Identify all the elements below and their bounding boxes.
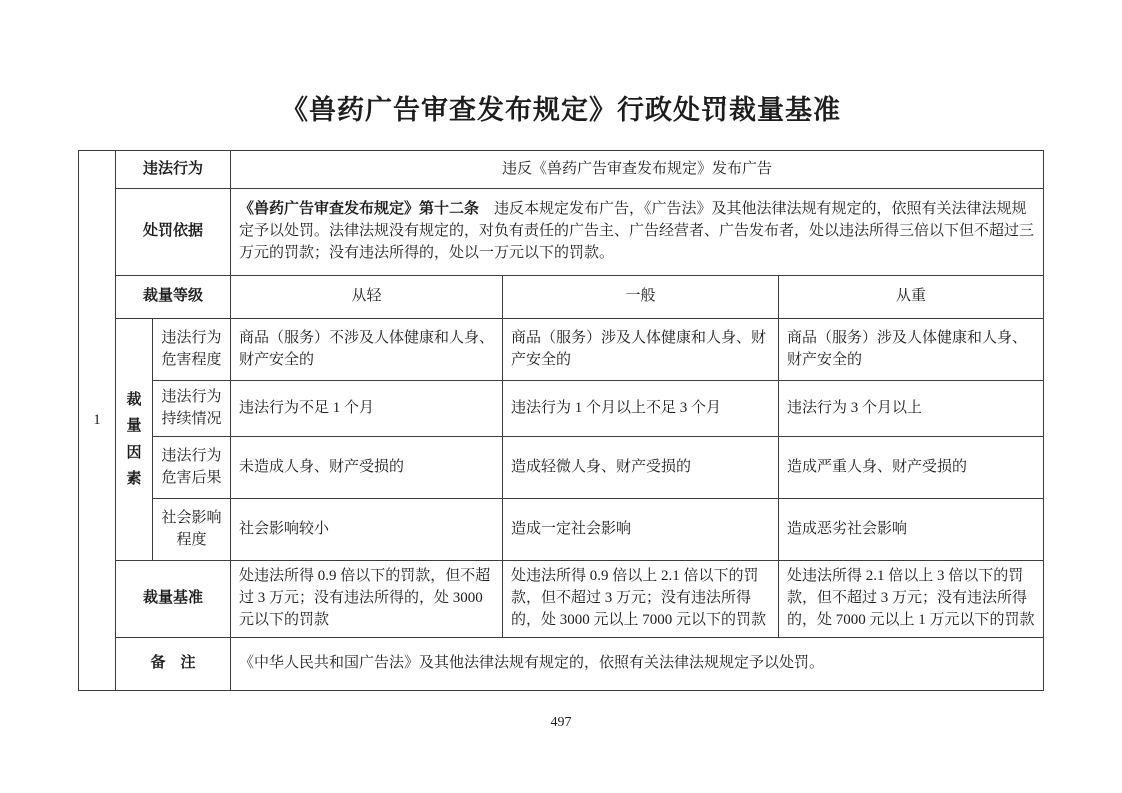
discretion-factors-label: 裁量因素 bbox=[116, 319, 153, 561]
illegal-act-value: 违反《兽药广告审查发布规定》发布广告 bbox=[231, 151, 1044, 189]
factor-harm-degree-general: 商品（服务）涉及人体健康和人身、财产安全的 bbox=[503, 319, 779, 381]
discretion-factors-vertical-text: 裁量因素 bbox=[126, 387, 143, 492]
table-row: 裁量因素 违法行为危害程度 商品（服务）不涉及人体健康和人身、财产安全的 商品（… bbox=[79, 319, 1044, 381]
factor-consequence-heavy: 造成严重人身、财产受损的 bbox=[779, 437, 1044, 499]
table-row: 违法行为危害后果 未造成人身、财产受损的 造成轻微人身、财产受损的 造成严重人身… bbox=[79, 437, 1044, 499]
illegal-act-label: 违法行为 bbox=[116, 151, 231, 189]
factor-consequence-light: 未造成人身、财产受损的 bbox=[231, 437, 503, 499]
factor-social-impact-general: 造成一定社会影响 bbox=[503, 499, 779, 561]
penalty-discretion-table: 1 违法行为 违反《兽药广告审查发布规定》发布广告 处罚依据 《兽药广告审查发布… bbox=[78, 150, 1044, 691]
table-row: 裁量等级 从轻 一般 从重 bbox=[79, 276, 1044, 319]
table-row: 1 违法行为 违反《兽药广告审查发布规定》发布广告 bbox=[79, 151, 1044, 189]
row-number-cell: 1 bbox=[79, 151, 116, 691]
table-row: 社会影响程度 社会影响较小 造成一定社会影响 造成恶劣社会影响 bbox=[79, 499, 1044, 561]
table-row: 备 注 《中华人民共和国广告法》及其他法律法规有规定的，依照有关法律法规规定予以… bbox=[79, 638, 1044, 691]
benchmark-general: 处违法所得 0.9 倍以上 2.1 倍以下的罚款，但不超过 3 万元；没有违法所… bbox=[503, 561, 779, 638]
factor-label-duration: 违法行为持续情况 bbox=[153, 381, 231, 437]
table-row: 裁量基准 处违法所得 0.9 倍以下的罚款，但不超过 3 万元；没有违法所得的，… bbox=[79, 561, 1044, 638]
remark-value: 《中华人民共和国广告法》及其他法律法规有规定的，依照有关法律法规规定予以处罚。 bbox=[231, 638, 1044, 691]
level-general: 一般 bbox=[503, 276, 779, 319]
factor-duration-general: 违法行为 1 个月以上不足 3 个月 bbox=[503, 381, 779, 437]
discretion-benchmark-label: 裁量基准 bbox=[116, 561, 231, 638]
factor-duration-light: 违法行为不足 1 个月 bbox=[231, 381, 503, 437]
factor-label-harm-degree: 违法行为危害程度 bbox=[153, 319, 231, 381]
factor-harm-degree-light: 商品（服务）不涉及人体健康和人身、财产安全的 bbox=[231, 319, 503, 381]
factor-label-consequence: 违法行为危害后果 bbox=[153, 437, 231, 499]
level-heavy: 从重 bbox=[779, 276, 1044, 319]
factor-duration-heavy: 违法行为 3 个月以上 bbox=[779, 381, 1044, 437]
page-number: 497 bbox=[0, 715, 1122, 731]
benchmark-light: 处违法所得 0.9 倍以下的罚款，但不超过 3 万元；没有违法所得的，处 300… bbox=[231, 561, 503, 638]
factor-label-social-impact: 社会影响程度 bbox=[153, 499, 231, 561]
penalty-basis-value: 《兽药广告审查发布规定》第十二条 违反本规定发布广告，《广告法》及其他法律法规有… bbox=[231, 189, 1044, 276]
discretion-level-label: 裁量等级 bbox=[116, 276, 231, 319]
penalty-basis-citation: 《兽药广告审查发布规定》第十二条 bbox=[239, 201, 479, 217]
factor-social-impact-light: 社会影响较小 bbox=[231, 499, 503, 561]
level-light: 从轻 bbox=[231, 276, 503, 319]
table-row: 违法行为持续情况 违法行为不足 1 个月 违法行为 1 个月以上不足 3 个月 … bbox=[79, 381, 1044, 437]
factor-consequence-general: 造成轻微人身、财产受损的 bbox=[503, 437, 779, 499]
penalty-basis-label: 处罚依据 bbox=[116, 189, 231, 276]
factor-social-impact-heavy: 造成恶劣社会影响 bbox=[779, 499, 1044, 561]
remark-label: 备 注 bbox=[116, 638, 231, 691]
benchmark-heavy: 处违法所得 2.1 倍以上 3 倍以下的罚款，但不超过 3 万元；没有违法所得的… bbox=[779, 561, 1044, 638]
page-title: 《兽药广告审查发布规定》行政处罚裁量基准 bbox=[0, 88, 1122, 127]
table-row: 处罚依据 《兽药广告审查发布规定》第十二条 违反本规定发布广告，《广告法》及其他… bbox=[79, 189, 1044, 276]
factor-harm-degree-heavy: 商品（服务）涉及人体健康和人身、财产安全的 bbox=[779, 319, 1044, 381]
